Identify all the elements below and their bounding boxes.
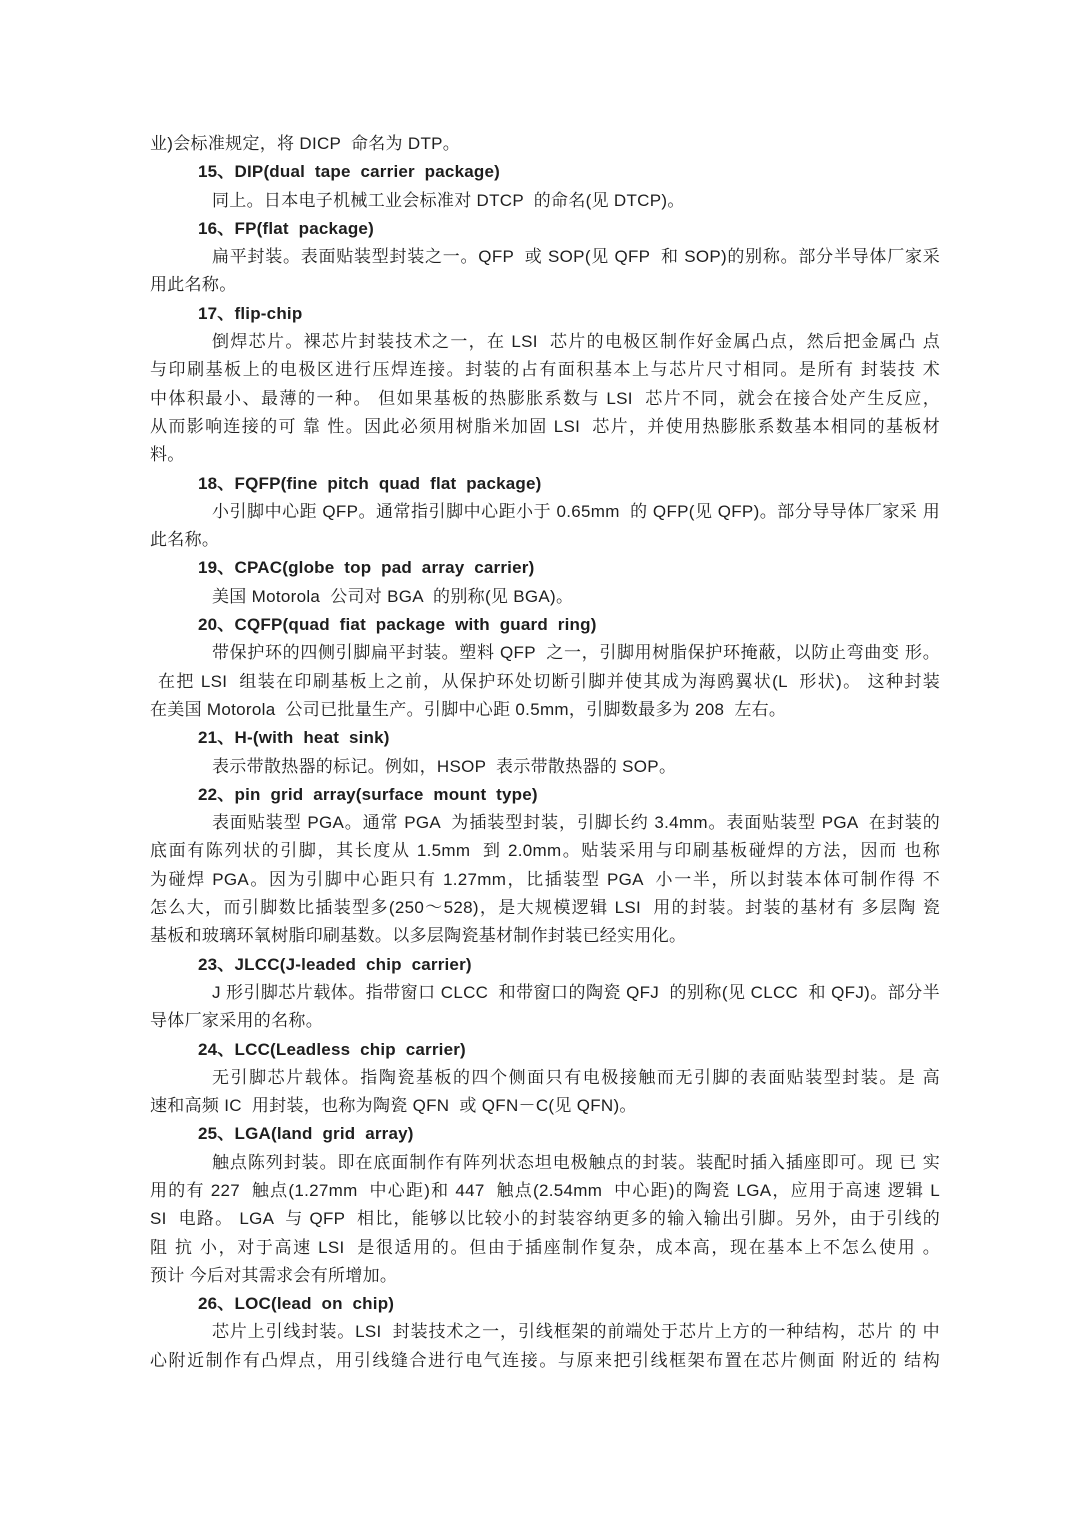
entry-heading: 15、DIP(dual tape carrier package) — [150, 158, 940, 186]
text-line: 在把 LSI 组装在印刷基板上之前，从保护环处切断引脚并使其成为海鸥翼状(L 形… — [150, 668, 940, 696]
text-line: 业)会标准规定，将 DICP 命名为 DTP。 — [150, 130, 940, 158]
entry-heading: 19、CPAC(globe top pad array carrier) — [150, 554, 940, 582]
text-line: 在美国 Motorola 公司已批量生产。引脚中心距 0.5mm，引脚数最多为 … — [150, 696, 940, 724]
text-line: 速和高频 IC 用封装，也称为陶瓷 QFN 或 QFN－C(见 QFN)。 — [150, 1092, 940, 1120]
text-line: SI 电路。 LGA 与 QFP 相比，能够以比较小的封装容纳更多的输入输出引脚… — [150, 1205, 940, 1233]
text-line: 中体积最小、最薄的一种。 但如果基板的热膨胀系数与 LSI 芯片不同，就会在接合… — [150, 385, 940, 413]
text-line: 芯片上引线封装。LSI 封装技术之一，引线框架的前端处于芯片上方的一种结构，芯片… — [150, 1318, 940, 1346]
text-line: 倒焊芯片。裸芯片封装技术之一，在 LSI 芯片的电极区制作好金属凸点，然后把金属… — [150, 328, 940, 356]
text-line: 预计 今后对其需求会有所增加。 — [150, 1262, 940, 1290]
text-line: 底面有陈列状的引脚，其长度从 1.5mm 到 2.0mm。贴装采用与印刷基板碰焊… — [150, 837, 940, 865]
text-line: 触点陈列封装。即在底面制作有阵列状态坦电极触点的封装。装配时插入插座即可。现 已… — [150, 1149, 940, 1177]
text-line: 基板和玻璃环氧树脂印刷基数。以多层陶瓷基材制作封装已经实用化。 — [150, 922, 940, 950]
text-line: 导体厂家采用的名称。 — [150, 1007, 940, 1035]
text-line: 表面贴装型 PGA。通常 PGA 为插装型封装，引脚长约 3.4mm。表面贴装型… — [150, 809, 940, 837]
entry-heading: 20、CQFP(quad fiat package with guard rin… — [150, 611, 940, 639]
text-line: 为碰焊 PGA。因为引脚中心距只有 1.27mm，比插装型 PGA 小一半，所以… — [150, 866, 940, 894]
entry-heading: 22、pin grid array(surface mount type) — [150, 781, 940, 809]
text-line: 阻 抗 小，对于高速 LSI 是很适用的。但由于插座制作复杂，成本高，现在基本上… — [150, 1234, 940, 1262]
text-line: 美国 Motorola 公司对 BGA 的别称(见 BGA)。 — [150, 583, 940, 611]
text-line: 小引脚中心距 QFP。通常指引脚中心距小于 0.65mm 的 QFP(见 QFP… — [150, 498, 940, 526]
text-line: 同上。日本电子机械工业会标准对 DTCP 的命名(见 DTCP)。 — [150, 187, 940, 215]
document-text-block: 业)会标准规定，将 DICP 命名为 DTP。15、DIP(dual tape … — [150, 130, 940, 1375]
text-line: 无引脚芯片载体。指陶瓷基板的四个侧面只有电极接触而无引脚的表面贴装型封装。是 高 — [150, 1064, 940, 1092]
entry-heading: 16、FP(flat package) — [150, 215, 940, 243]
text-line: 心附近制作有凸焊点，用引线缝合进行电气连接。与原来把引线框架布置在芯片侧面 附近… — [150, 1347, 940, 1375]
entry-heading: 24、LCC(Leadless chip carrier) — [150, 1036, 940, 1064]
entry-heading: 23、JLCC(J-leaded chip carrier) — [150, 951, 940, 979]
text-line: 料。 — [150, 441, 940, 469]
entry-heading: 25、LGA(land grid array) — [150, 1120, 940, 1148]
text-line: 此名称。 — [150, 526, 940, 554]
text-line: 扁平封装。表面贴装型封装之一。QFP 或 SOP(见 QFP 和 SOP)的别称… — [150, 243, 940, 271]
text-line: 从而影响连接的可 靠 性。因此必须用树脂米加固 LSI 芯片，并使用热膨胀系数基… — [150, 413, 940, 441]
entry-heading: 26、LOC(lead on chip) — [150, 1290, 940, 1318]
text-line: 与印刷基板上的电极区进行压焊连接。封装的占有面积基本上与芯片尺寸相同。是所有 封… — [150, 356, 940, 384]
text-line: 用此名称。 — [150, 271, 940, 299]
text-line: 用的有 227 触点(1.27mm 中心距)和 447 触点(2.54mm 中心… — [150, 1177, 940, 1205]
entry-heading: 18、FQFP(fine pitch quad flat package) — [150, 470, 940, 498]
text-line: 怎么大，而引脚数比插装型多(250～528)，是大规模逻辑 LSI 用的封装。封… — [150, 894, 940, 922]
text-line: 带保护环的四侧引脚扁平封装。塑料 QFP 之一，引脚用树脂保护环掩蔽，以防止弯曲… — [150, 639, 940, 667]
entry-heading: 21、H-(with heat sink) — [150, 724, 940, 752]
document-page: 业)会标准规定，将 DICP 命名为 DTP。15、DIP(dual tape … — [0, 0, 1080, 1527]
text-line: J 形引脚芯片载体。指带窗口 CLCC 和带窗口的陶瓷 QFJ 的别称(见 CL… — [150, 979, 940, 1007]
text-line: 表示带散热器的标记。例如，HSOP 表示带散热器的 SOP。 — [150, 753, 940, 781]
entry-heading: 17、flip-chip — [150, 300, 940, 328]
